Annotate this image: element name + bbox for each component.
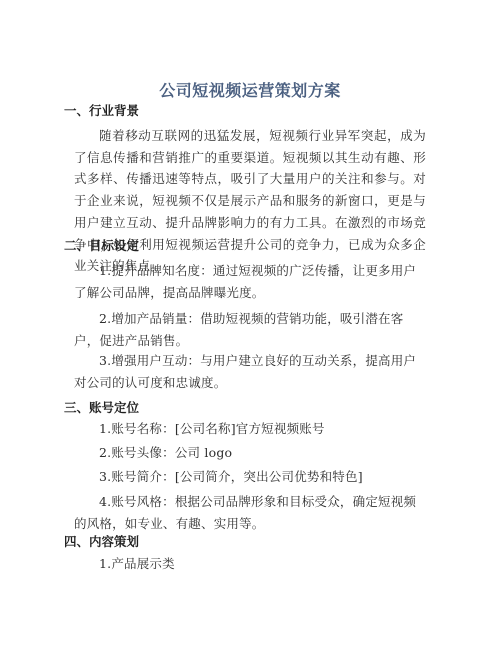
section-heading-industry-background: 一、行业背景 <box>64 101 139 119</box>
section-heading-account-positioning: 三、账号定位 <box>64 398 139 416</box>
account-item-4: 4.账号风格：根据公司品牌形象和目标受众，确定短视频的风格，如专业、有趣、实用等… <box>74 491 426 534</box>
section-heading-content-planning: 四、内容策划 <box>64 532 139 550</box>
document-page: 公司短视频运营策划方案 一、行业背景 随着移动互联网的迅猛发展，短视频行业异军突… <box>0 0 500 647</box>
goal-item-2: 2.增加产品销量：借助短视频的营销功能，吸引潜在客户，促进产品销售。 <box>74 308 426 351</box>
goal-item-1: 1.提升品牌知名度：通过短视频的广泛传播，让更多用户了解公司品牌，提高品牌曝光度… <box>74 260 426 303</box>
paragraph-industry-background: 随着移动互联网的迅猛发展，短视频行业异军突起，成为了信息传播和营销推广的重要渠道… <box>74 125 426 277</box>
document-title: 公司短视频运营策划方案 <box>0 78 500 101</box>
content-item-1: 1.产品展示类 <box>74 553 426 575</box>
section-heading-goals: 二、目标设定 <box>64 236 139 254</box>
account-item-2: 2.账号头像：公司 logo <box>74 442 426 464</box>
account-item-1: 1.账号名称：[公司名称]官方短视频账号 <box>74 418 426 440</box>
account-item-3: 3.账号简介：[公司简介，突出公司优势和特色] <box>74 466 426 488</box>
goal-item-3: 3.增强用户互动：与用户建立良好的互动关系，提高用户对公司的认可度和忠诚度。 <box>74 350 426 393</box>
